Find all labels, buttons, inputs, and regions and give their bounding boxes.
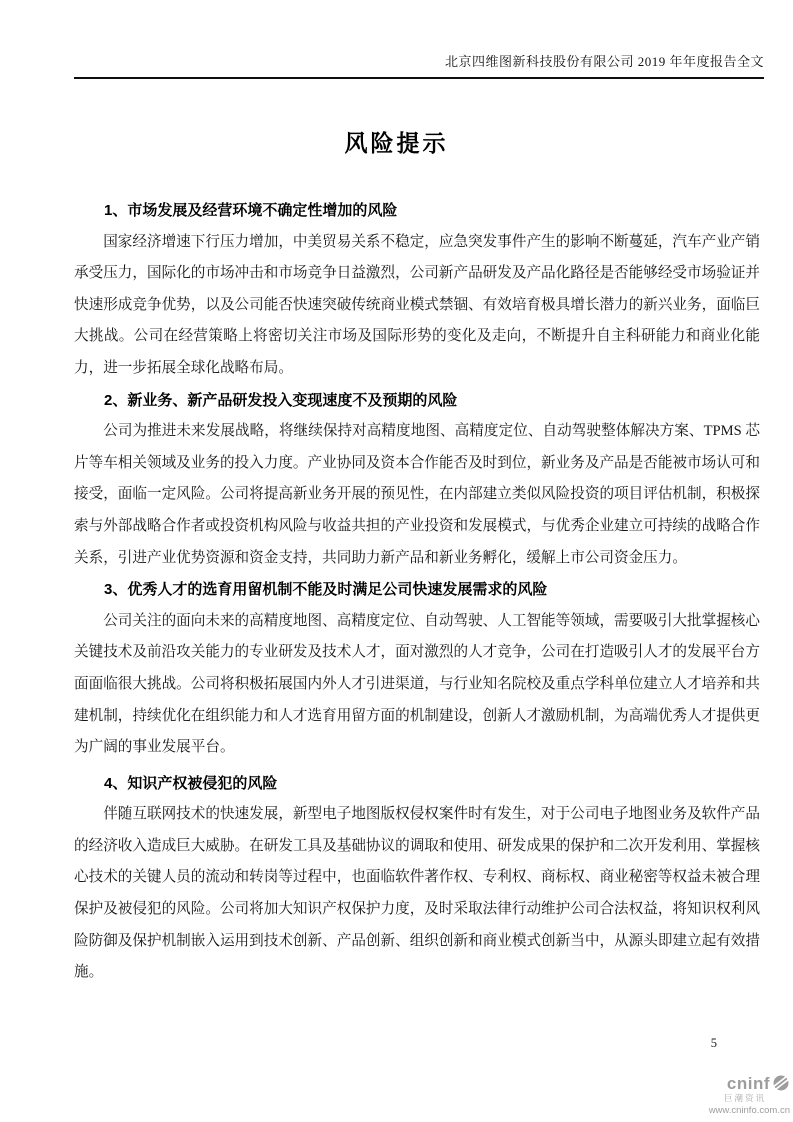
cninfo-logo-row: cninf — [690, 1074, 790, 1092]
document-content: 1、市场发展及经营环境不确定性增加的风险 国家经济增速下行压力增加，中美贸易关系… — [74, 195, 760, 989]
section-3-paragraph: 公司关注的面向未来的高精度地图、高精度定位、自动驾驶、人工智能等领域，需要吸引大… — [74, 606, 760, 764]
section-1: 1、市场发展及经营环境不确定性增加的风险 国家经济增速下行压力增加，中美贸易关系… — [74, 195, 760, 385]
document-page: 北京四维图新科技股份有限公司 2019 年年度报告全文 风险提示 1、市场发展及… — [0, 0, 793, 1122]
section-1-paragraph: 国家经济增速下行压力增加，中美贸易关系不稳定，应急突发事件产生的影响不断蔓延，汽… — [74, 227, 760, 385]
cninfo-swirl-icon — [772, 1074, 790, 1092]
section-4: 4、知识产权被侵犯的风险 伴随互联网技术的快速发展，新型电子地图版权侵权案件时有… — [74, 768, 760, 989]
cninfo-logo: cninf 巨潮资讯 www.cninfo.com.cn — [690, 1074, 790, 1115]
section-2: 2、新业务、新产品研发投入变现速度不及预期的风险 公司为推进未来发展战略，将继续… — [74, 385, 760, 575]
section-2-heading: 2、新业务、新产品研发投入变现速度不及预期的风险 — [74, 385, 760, 417]
section-1-heading: 1、市场发展及经营环境不确定性增加的风险 — [74, 195, 760, 227]
page-title: 风险提示 — [0, 125, 793, 158]
page-number: 5 — [711, 1036, 717, 1051]
cninfo-chinese-name: 巨潮资讯 — [690, 1094, 766, 1103]
header-report-title: 北京四维图新科技股份有限公司 2019 年年度报告全文 — [74, 0, 764, 79]
cninfo-brand-text: cninf — [727, 1075, 770, 1092]
section-4-paragraph: 伴随互联网技术的快速发展，新型电子地图版权侵权案件时有发生，对于公司电子地图业务… — [74, 799, 760, 989]
section-4-heading: 4、知识产权被侵犯的风险 — [74, 768, 760, 800]
section-3-heading: 3、优秀人才的选育用留机制不能及时满足公司快速发展需求的风险 — [74, 574, 760, 606]
section-2-paragraph: 公司为推进未来发展战略，将继续保持对高精度地图、高精度定位、自动驾驶整体解决方案… — [74, 416, 760, 574]
section-3: 3、优秀人才的选育用留机制不能及时满足公司快速发展需求的风险 公司关注的面向未来… — [74, 574, 760, 764]
cninfo-url: www.cninfo.com.cn — [690, 1106, 790, 1116]
